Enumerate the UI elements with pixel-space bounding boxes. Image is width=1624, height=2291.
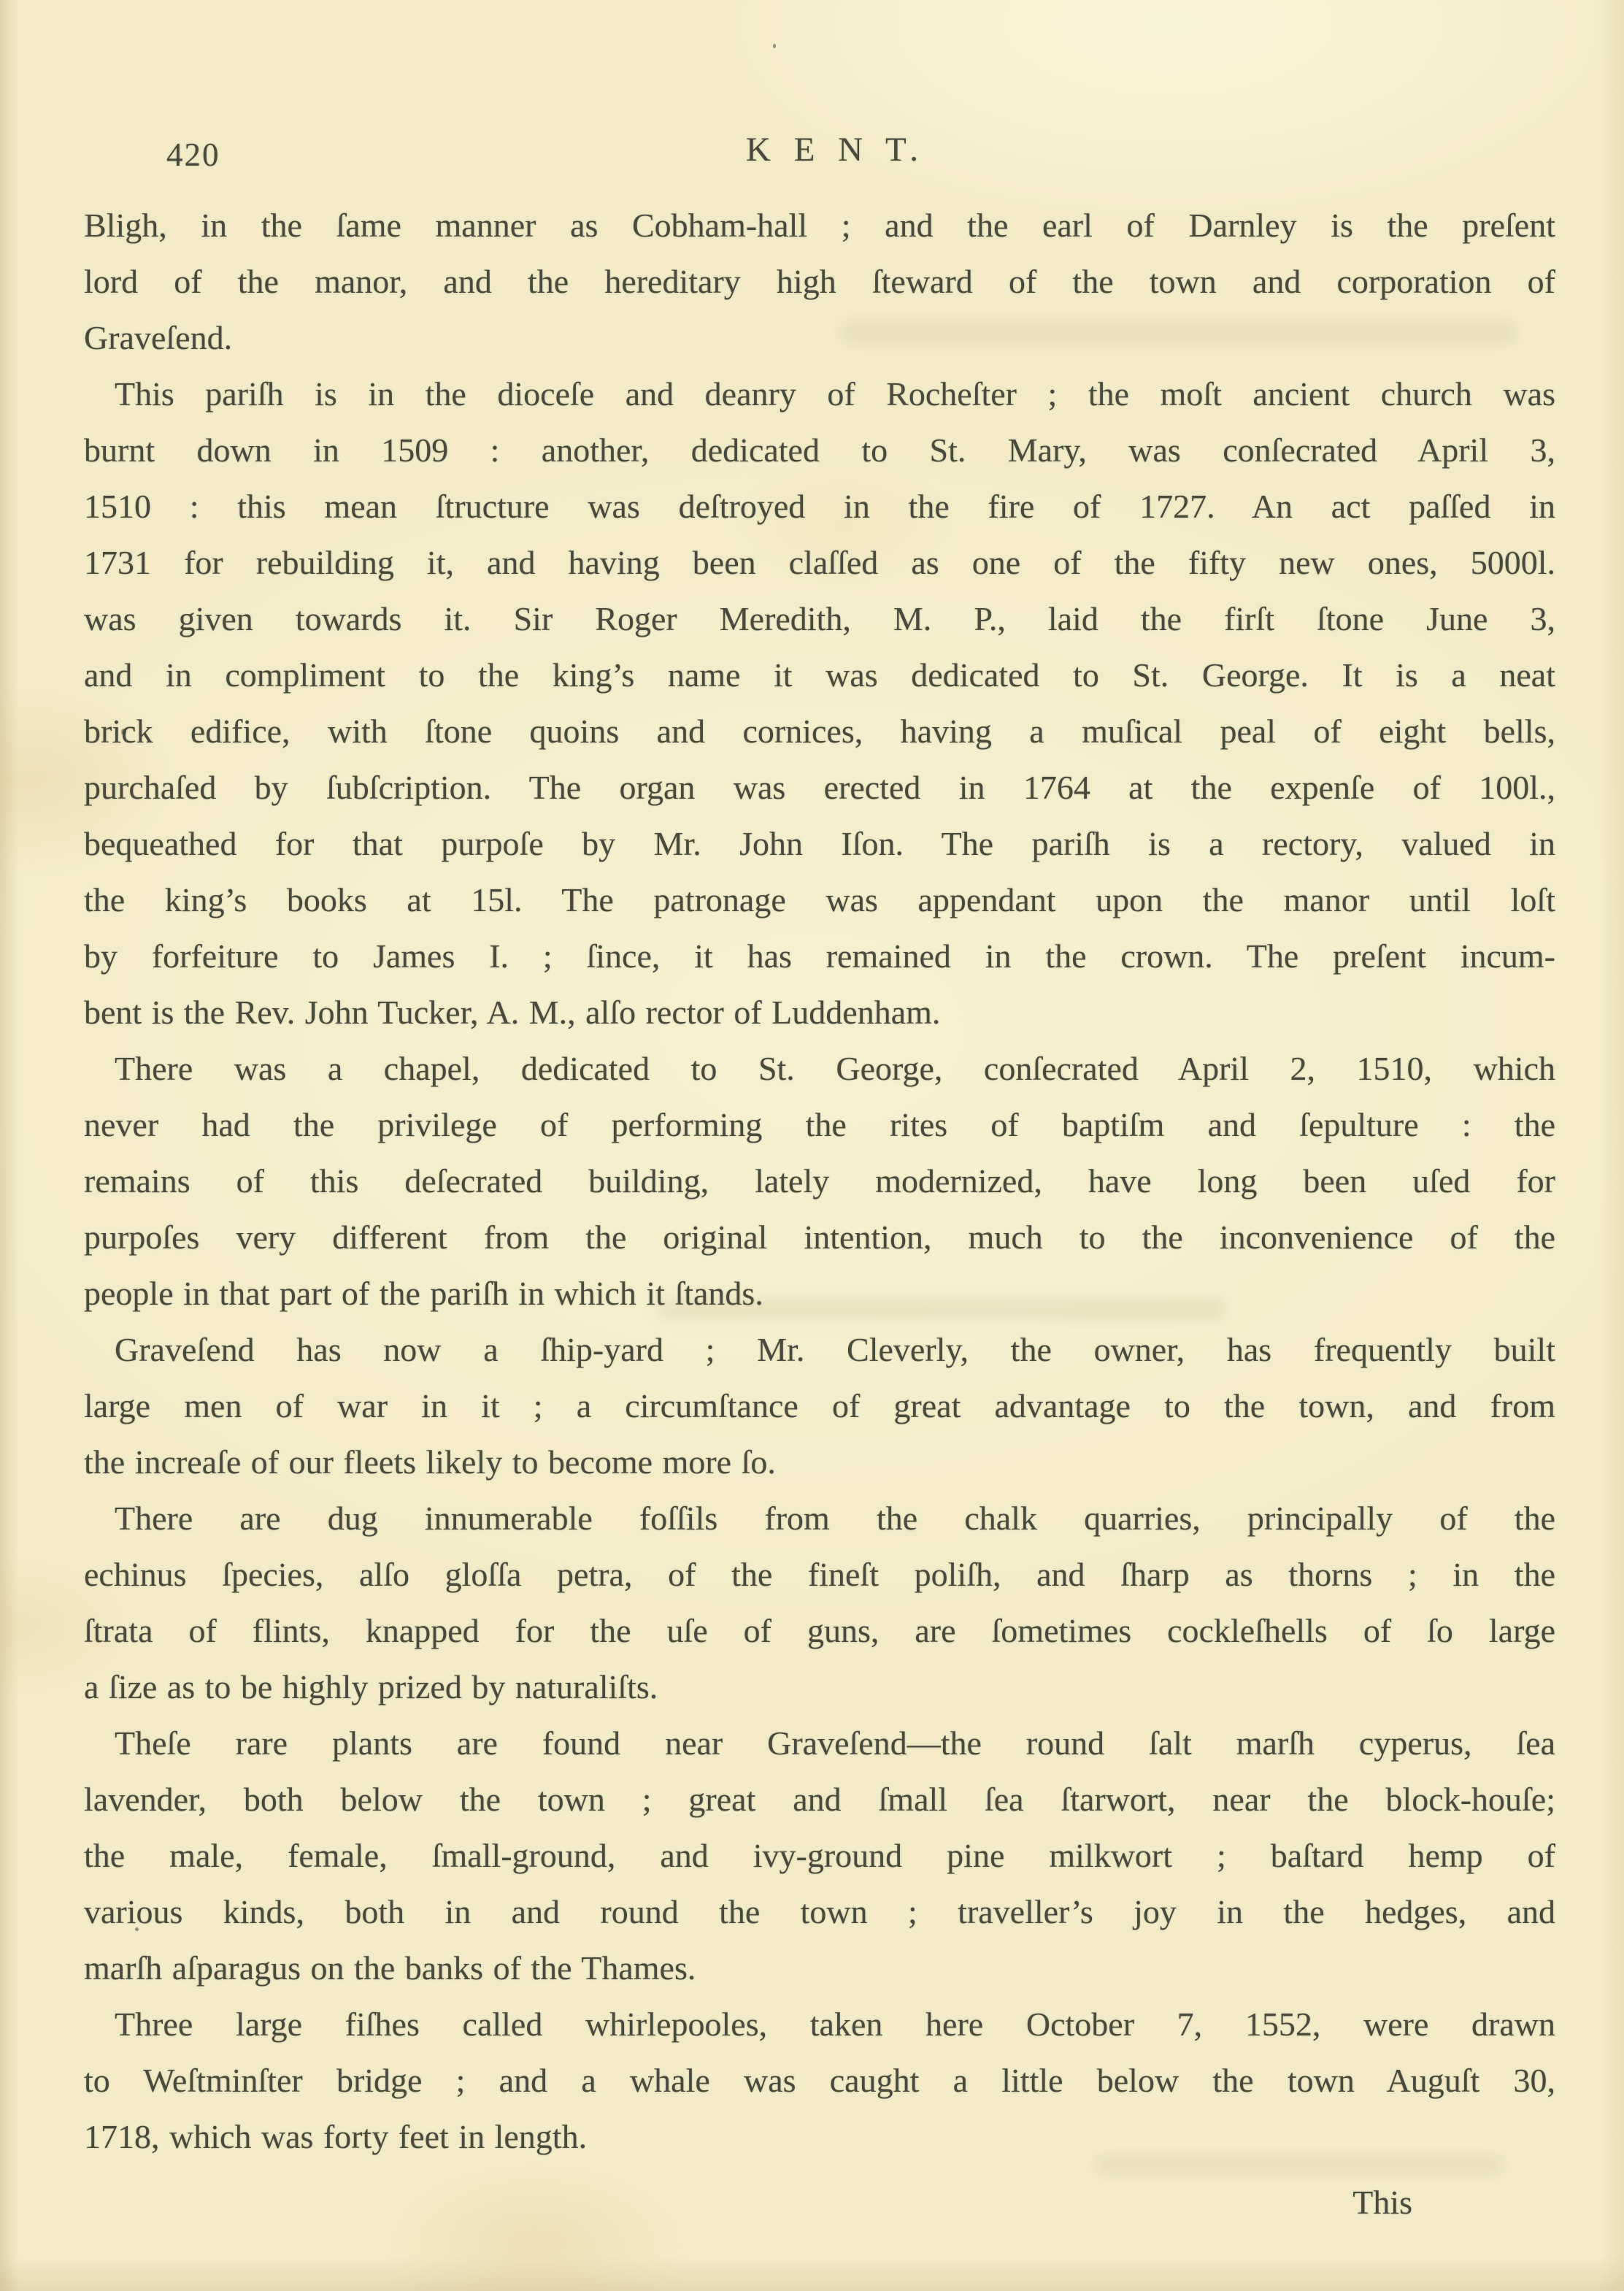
text-line: burnt down in 1509 : another, dedicated … <box>84 422 1555 478</box>
text-line: bent is the Rev. John Tucker, A. M., alſ… <box>84 984 1555 1040</box>
text-line: purpoſes very different from the origina… <box>84 1209 1555 1265</box>
text-block: Bligh, in the ſame manner as Cobham-hall… <box>84 197 1555 2165</box>
text-line: the male, female, ſmall-ground, and ivy-… <box>84 1827 1555 1884</box>
show-through-smudge <box>839 320 1518 345</box>
text-line: by forfeiture to James I. ; ſince, it ha… <box>84 928 1555 984</box>
text-line: the increaſe of our fleets likely to bec… <box>84 1434 1555 1490</box>
ink-speck <box>121 729 126 735</box>
show-through-smudge <box>1095 2155 1504 2176</box>
paragraph: This pariſh is in the dioceſe and deanry… <box>84 366 1555 1040</box>
text-line: Theſe rare plants are found near Graveſe… <box>84 1715 1555 1771</box>
text-line: to Weſtminſter bridge ; and a whale was … <box>84 2052 1555 2108</box>
page-number: 420 <box>166 136 220 174</box>
text-line: purchaſed by ſubſcription. The organ was… <box>84 759 1555 816</box>
paragraph: Three large fiſhes called whirlepooles, … <box>84 1996 1555 2165</box>
text-line: ſtrata of flints, knapped for the uſe of… <box>84 1603 1555 1659</box>
text-line: 1731 for rebuilding it, and having been … <box>84 534 1555 591</box>
text-line: the king’s books at 15l. The patronage w… <box>84 872 1555 928</box>
text-line: was given towards it. Sir Roger Meredith… <box>84 591 1555 647</box>
paragraph: Graveſend has now a ſhip-yard ; Mr. Clev… <box>84 1321 1555 1490</box>
text-line: a ſize as to be highly prized by natural… <box>84 1659 1555 1715</box>
text-line: echinus ſpecies, alſo gloſſa petra, of t… <box>84 1546 1555 1603</box>
text-line: This pariſh is in the dioceſe and deanry… <box>84 366 1555 422</box>
paragraph: Theſe rare plants are found near Graveſe… <box>84 1715 1555 1996</box>
text-line: various kinds, both in and round the tow… <box>84 1884 1555 1940</box>
text-line: There are dug innumerable foſſils from t… <box>84 1490 1555 1546</box>
text-line: brick edifice, with ſtone quoins and cor… <box>84 703 1555 759</box>
text-line: Graveſend has now a ſhip-yard ; Mr. Clev… <box>84 1321 1555 1378</box>
text-line: bequeathed for that purpoſe by Mr. John … <box>84 816 1555 872</box>
text-line: and in compliment to the king’s name it … <box>84 647 1555 703</box>
text-line: There was a chapel, dedicated to St. Geo… <box>84 1040 1555 1097</box>
ink-speck <box>773 44 776 48</box>
ink-speck <box>135 1927 139 1931</box>
running-title: K E N T. <box>746 130 924 169</box>
text-line: lord of the manor, and the hereditary hi… <box>84 253 1555 310</box>
text-line: Bligh, in the ſame manner as Cobham-hall… <box>84 197 1555 253</box>
text-line: remains of this deſecrated building, lat… <box>84 1153 1555 1209</box>
catchword: This <box>1352 2183 1412 2222</box>
text-line: 1510 : this mean ſtructure was deſtroyed… <box>84 478 1555 534</box>
text-line: marſh aſparagus on the banks of the Tham… <box>84 1940 1555 1996</box>
text-line: Three large fiſhes called whirlepooles, … <box>84 1996 1555 2052</box>
paragraph: There was a chapel, dedicated to St. Geo… <box>84 1040 1555 1321</box>
text-line: never had the privilege of performing th… <box>84 1097 1555 1153</box>
book-page: 420 K E N T. Bligh, in the ſame manner a… <box>0 0 1624 2291</box>
show-through-smudge <box>657 1298 1226 1320</box>
paragraph: There are dug innumerable foſſils from t… <box>84 1490 1555 1715</box>
text-line: lavender, both below the town ; great an… <box>84 1771 1555 1827</box>
text-line: large men of war in it ; a circumſtance … <box>84 1378 1555 1434</box>
